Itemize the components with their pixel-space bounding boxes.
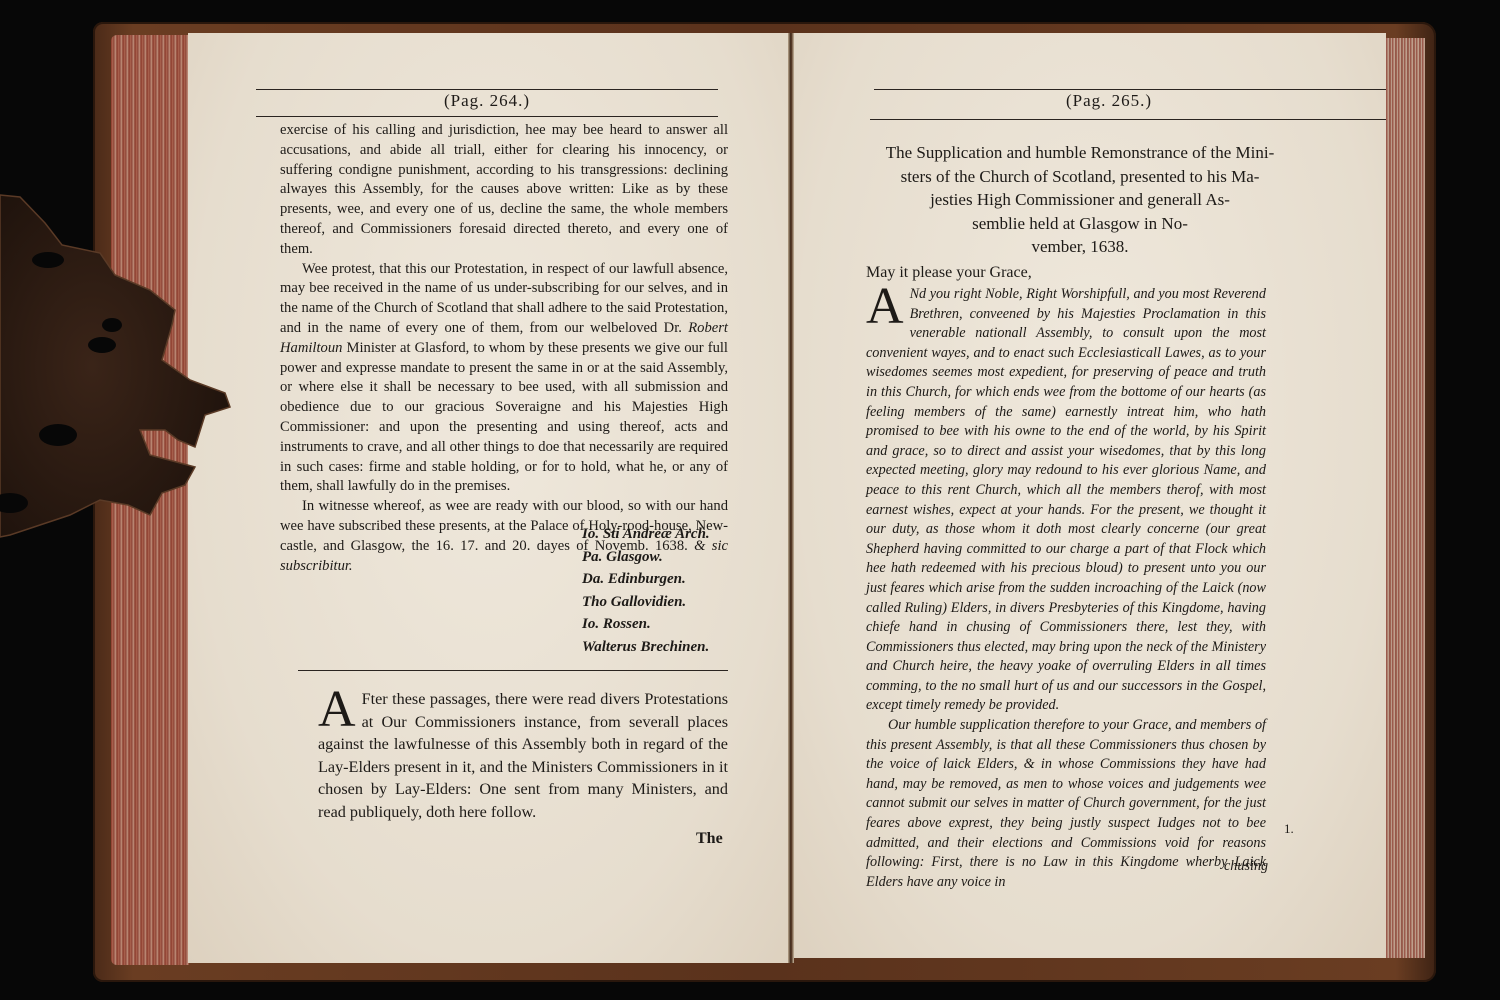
signatory: Io. Rossen. <box>582 613 782 636</box>
margin-mark: 1. <box>1284 819 1294 839</box>
drop-cap: A <box>866 287 904 327</box>
left-page: (Pag. 264.) exercise of his calling and … <box>188 33 790 963</box>
paragraph: Our humble supplication therefore to you… <box>866 716 1266 892</box>
catchword: The <box>696 830 723 848</box>
signatory: Walterus Brechinen. <box>582 636 782 659</box>
header-rule-bottom <box>870 119 1386 120</box>
right-fore-edge <box>1385 38 1425 958</box>
paragraph: exercise of his calling and jurisdiction… <box>280 121 728 260</box>
running-head-left: (Pag. 264.) <box>256 91 718 111</box>
section-rule <box>298 670 728 671</box>
signatory: Pa. Glasgow. <box>582 546 782 569</box>
right-page: (Pag. 265.) The Supplication and humble … <box>794 33 1386 958</box>
left-body-text: exercise of his calling and jurisdiction… <box>280 121 728 576</box>
header-rule-top <box>874 89 1386 90</box>
right-body-text: ANd you right Noble, Right Worshipfull, … <box>866 285 1266 892</box>
signatory: Tho Gallovidien. <box>582 591 782 614</box>
running-head-right: (Pag. 265.) <box>874 91 1344 111</box>
salutation: May it please your Grace, <box>866 263 1276 283</box>
metal-page-weight-icon <box>0 185 235 540</box>
signatory: Io. Sti Andreæ Arch. <box>582 523 782 546</box>
paragraph: Wee protest, that this our Protestation,… <box>280 260 728 498</box>
paragraph: ANd you right Noble, Right Worshipfull, … <box>866 285 1266 716</box>
section-paragraph: AFter these passages, there were read di… <box>318 688 728 823</box>
header-rule-bottom <box>256 116 718 117</box>
header-rule-top <box>256 89 718 90</box>
signatory-list: Io. Sti Andreæ Arch. Pa. Glasgow. Da. Ed… <box>582 523 782 659</box>
drop-cap: A <box>318 690 356 730</box>
catchword: chusing <box>1224 857 1268 877</box>
section-heading: The Supplication and humble Remonstrance… <box>870 141 1290 259</box>
signatory: Da. Edinburgen. <box>582 568 782 591</box>
